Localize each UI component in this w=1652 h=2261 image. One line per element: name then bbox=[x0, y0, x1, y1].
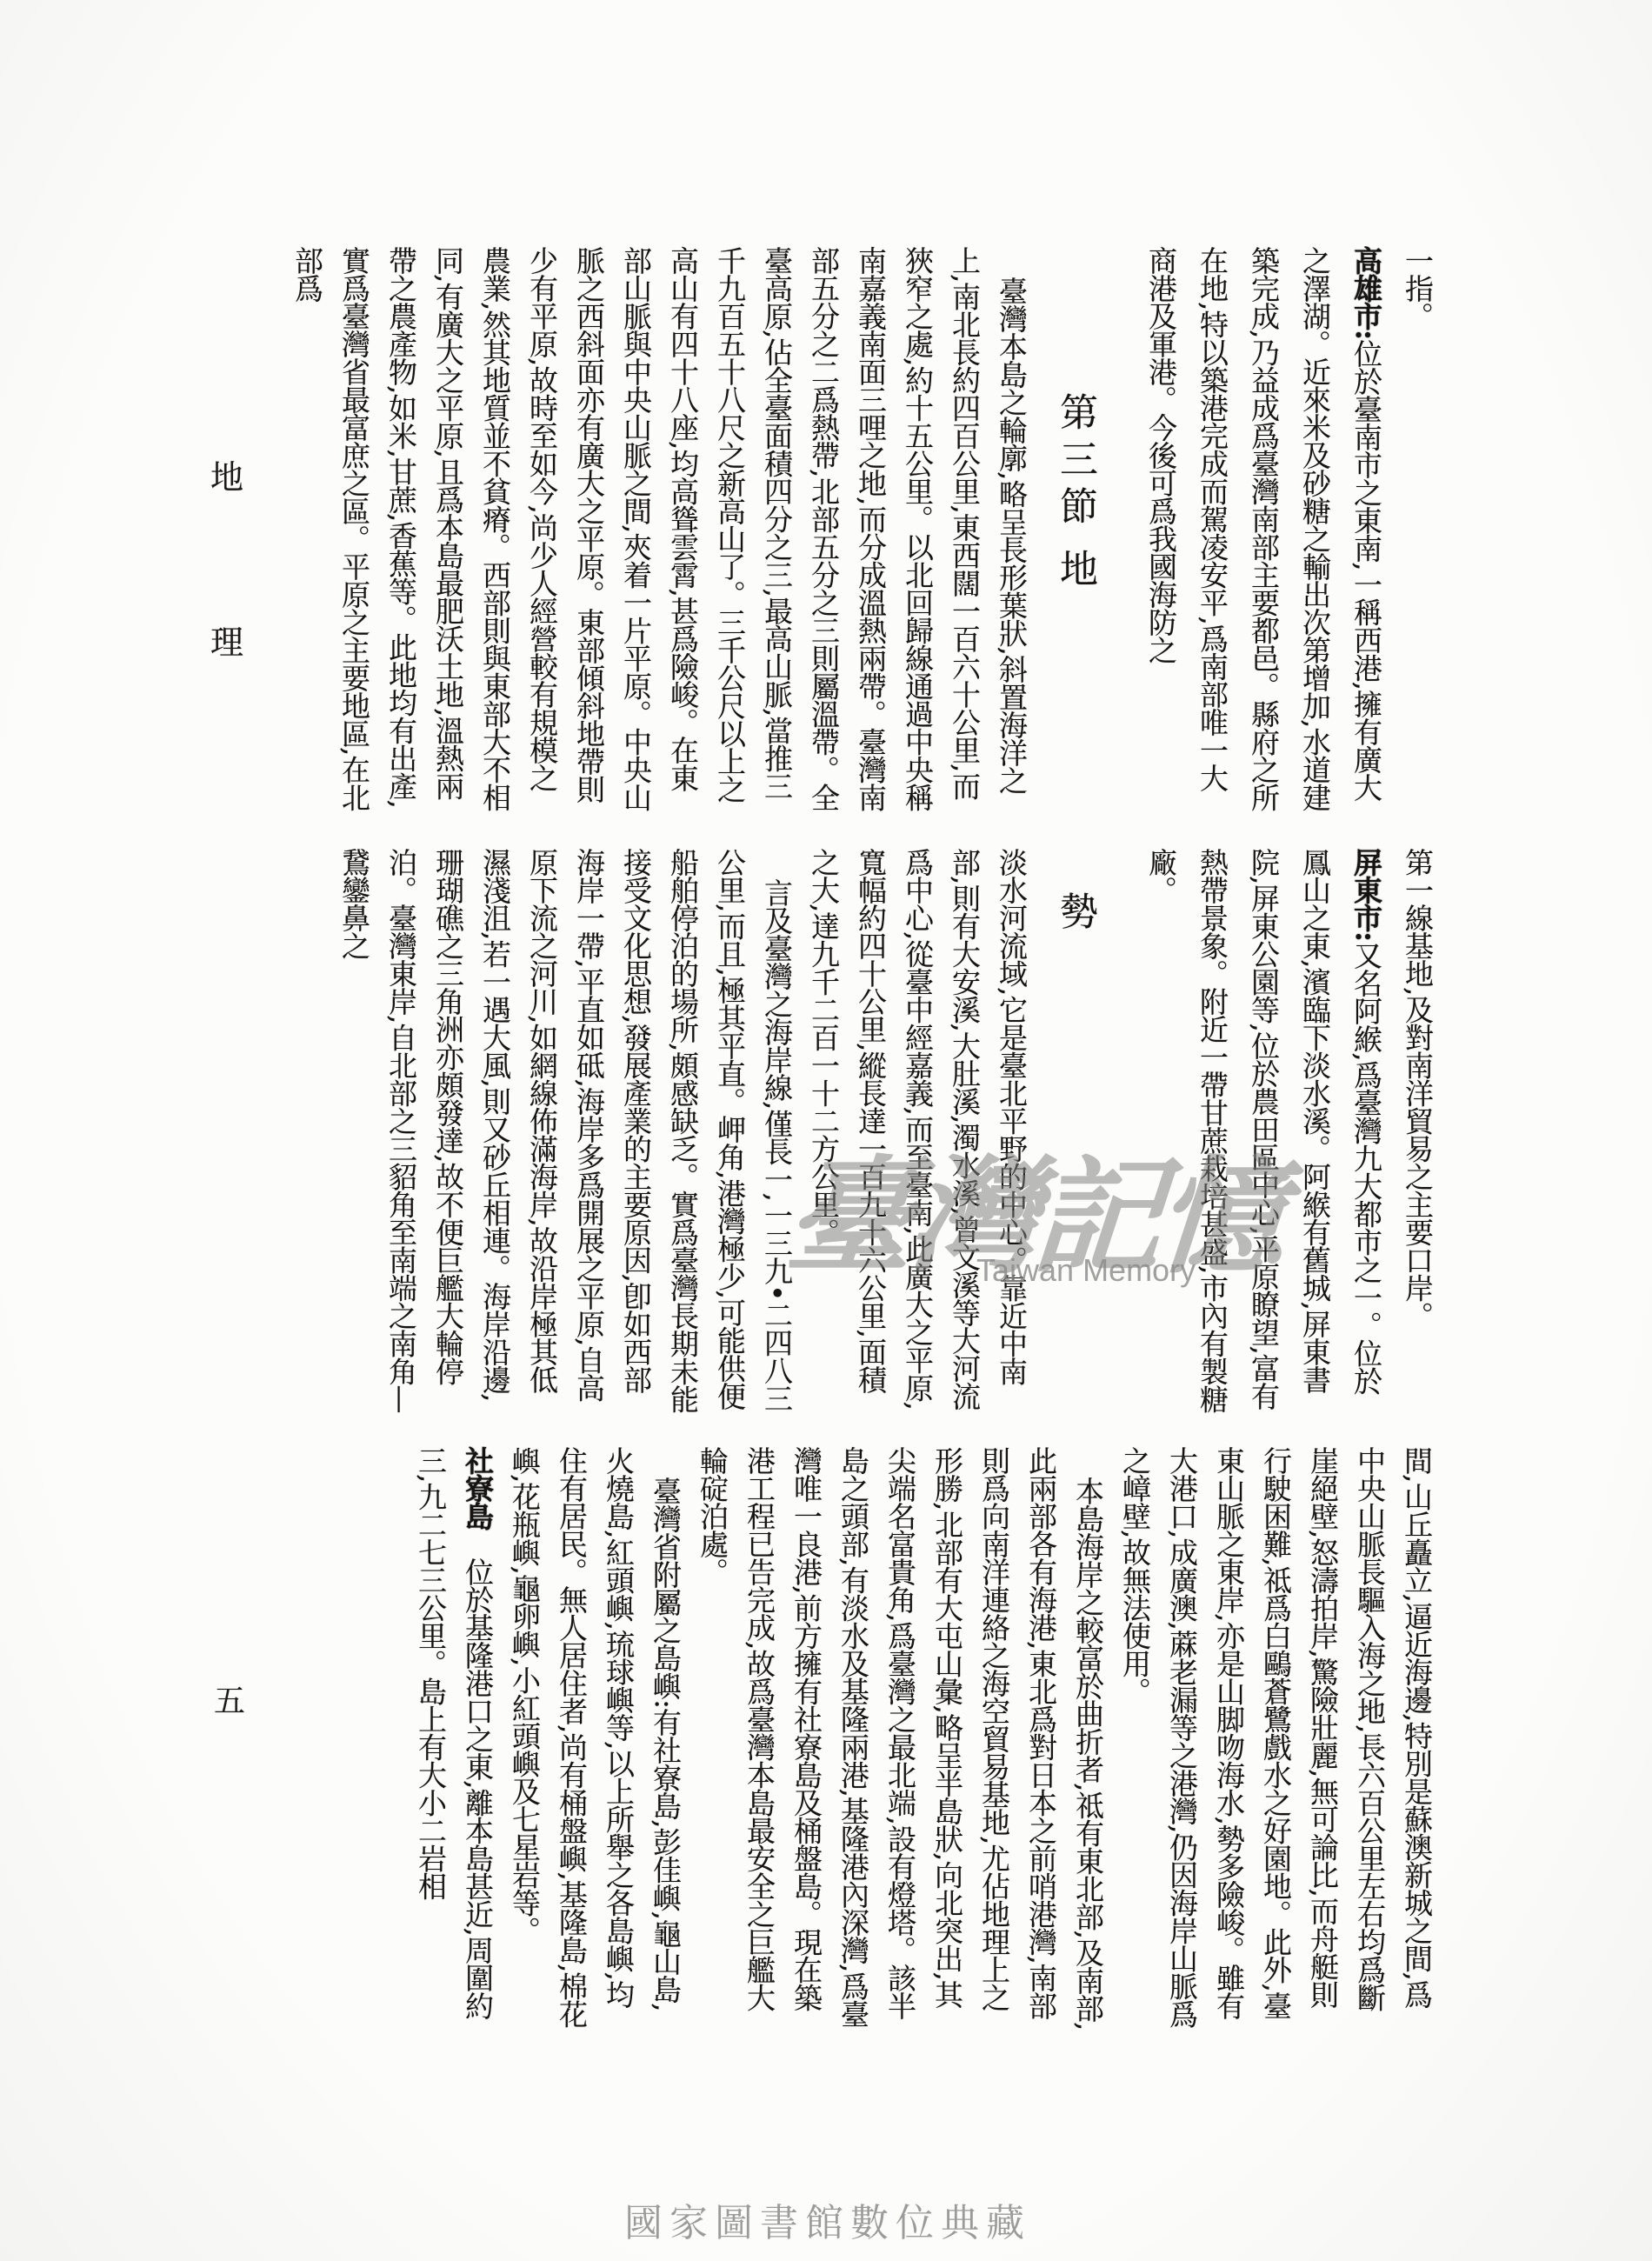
paragraph: 間,山丘矗立,逼近海邊,特別是蘇澳新城之間,爲中央山脈長驅入海之地,長六百公里左… bbox=[1111, 1446, 1440, 2031]
text-register-lower-left: 淡水河流域,它是臺北平野的中心。靠近中南部,則有大安溪,大肚溪,濁水溪,曾文溪等… bbox=[276, 848, 1035, 1415]
entry-paragraph: 社寮島 位於基隆港口之東,離本島甚近,周圍約三,九二七三公里。島上有大小二岩相 bbox=[407, 1446, 501, 2031]
margin-chapter-label-char-2: 理 bbox=[210, 616, 243, 664]
margin-chapter-label-char-1: 地 bbox=[210, 450, 243, 498]
scanned-book-page: 地 理 五 一指。高雄市:位於臺南市之東南,一稱西港,擁有廣大之澤湖。近來米及砂… bbox=[0, 0, 1652, 2261]
terrain-section-top: 臺灣本島之輪廓,略呈長形葉狀,斜置海洋之上,南北長約四百公里,東西闊一百六十公里… bbox=[276, 246, 1035, 1408]
paragraph: 臺灣省附屬之島嶼:有社寮島,彭佳嶼,龜山島,火燒島,紅頭嶼,琉球嶼等,以上所舉之… bbox=[501, 1446, 689, 2031]
paragraph: 本島海岸之較富於曲折者,祗有東北部,及南部,此兩部各有海港,東北爲對日本之前哨港… bbox=[689, 1446, 1111, 2031]
paragraph: 臺灣本島之輪廓,略呈長形葉狀,斜置海洋之上,南北長約四百公里,東西闊一百六十公里… bbox=[283, 246, 1035, 813]
paragraph: 淡水河流域,它是臺北平野的中心。靠近中南部,則有大安溪,大肚溪,濁水溪,曾文溪等… bbox=[800, 848, 1035, 1415]
section-heading: 第三節 地 勢 bbox=[1031, 246, 1118, 1408]
entry-paragraph: 屏東市:又名阿緱,爲臺灣九大都市之一。位於鳳山之東,濱臨下淡水溪。阿緱有舊城,屏… bbox=[1136, 848, 1392, 1415]
entry-term: 屏東市: bbox=[1349, 848, 1383, 941]
section-heading-title-char-1: 地 bbox=[1047, 549, 1102, 596]
previous-section-tail: 一指。高雄市:位於臺南市之東南,一稱西港,擁有廣大之澤湖。近來米及砂糖之輸出次第… bbox=[1120, 246, 1443, 1408]
paragraph: 第一線基地,及對南洋貿易之主要口岸。 bbox=[1392, 848, 1443, 1415]
text-register-upper-left: 臺灣本島之輪廓,略呈長形葉狀,斜置海洋之上,南北長約四百公里,東西闊一百六十公里… bbox=[276, 246, 1035, 813]
text-register-lower-right: 第一線基地,及對南洋貿易之主要口岸。屏東市:又名阿緱,爲臺灣九大都市之一。位於鳳… bbox=[1120, 848, 1443, 1415]
entry-term: 高雄市: bbox=[1349, 246, 1383, 339]
text-register-upper-right: 一指。高雄市:位於臺南市之東南,一稱西港,擁有廣大之澤湖。近來米及砂糖之輸出次第… bbox=[1120, 246, 1443, 813]
terrain-section-bottom: 間,山丘矗立,逼近海邊,特別是蘇澳新城之間,爲中央山脈長驅入海之地,長六百公里左… bbox=[276, 1446, 1440, 2031]
page-number: 五 bbox=[214, 1677, 245, 1721]
section-heading-title-char-2: 勢 bbox=[1047, 891, 1102, 938]
footer-archive-credit: 國家圖書館數位典藏 bbox=[624, 2191, 1031, 2247]
entry-paragraph: 高雄市:位於臺南市之東南,一稱西港,擁有廣大之澤湖。近來米及砂糖之輸出次第增加,… bbox=[1136, 246, 1392, 813]
text-register-bottom: 間,山丘矗立,逼近海邊,特別是蘇澳新城之間,爲中央山脈長驅入海之地,長六百公里左… bbox=[276, 1446, 1440, 2031]
section-heading-number: 第三節 bbox=[1047, 392, 1102, 533]
entry-term: 社寮島 bbox=[461, 1446, 495, 1530]
paragraph: 言及臺灣之海岸線,僅長一,一三九•二四八三公里,而且,極其平直。岬角,港灣極少,… bbox=[330, 848, 800, 1415]
paragraph: 一指。 bbox=[1392, 246, 1443, 813]
